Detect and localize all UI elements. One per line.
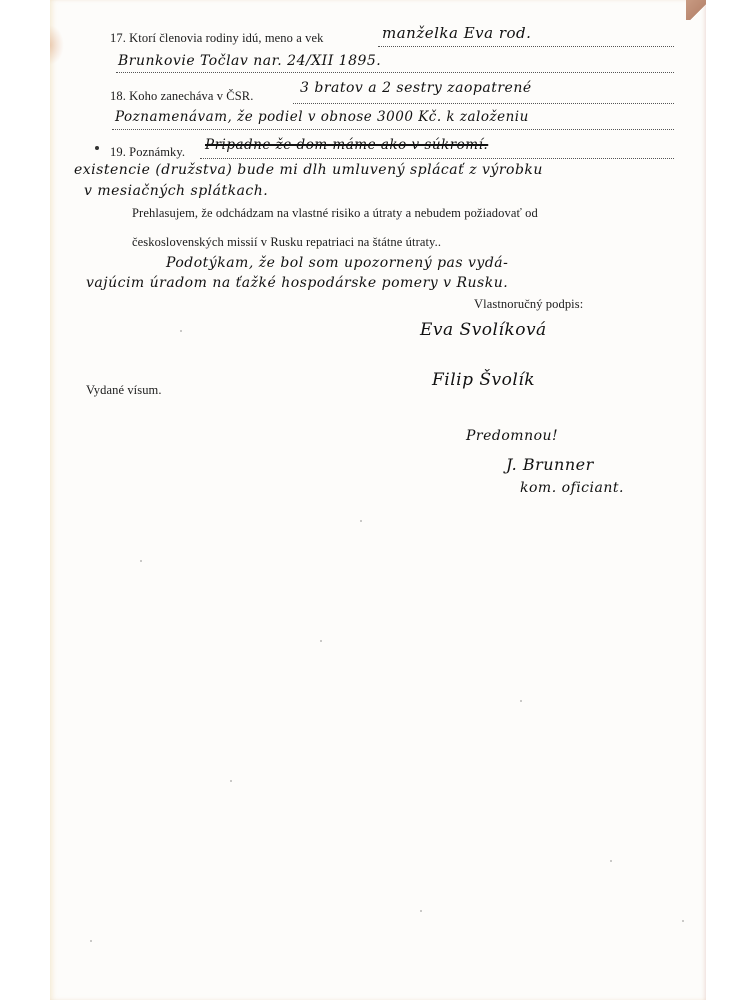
- visa-label: Vydané vísum.: [86, 383, 162, 398]
- official-signature: J. Brunner: [506, 455, 594, 474]
- item-19-answer-struck: Pripadne že dom máme ako v súkromí.: [205, 137, 488, 153]
- paper-speck: [360, 520, 362, 522]
- declaration-line2: československých missií v Rusku repatria…: [132, 235, 441, 250]
- official-note: Predomnou!: [466, 428, 558, 444]
- item-18-label: Koho zanecháva v ČSR.: [129, 89, 253, 103]
- item-19-row: 19. Poznámky.: [110, 145, 185, 160]
- item-18-row: 18. Koho zanecháva v ČSR.: [110, 89, 253, 104]
- paper-speck: [90, 940, 92, 942]
- dotted-line: [378, 46, 674, 47]
- dotted-line: [200, 158, 674, 159]
- paper-stain: [50, 25, 64, 65]
- item-19-label: Poznámky.: [129, 145, 185, 159]
- paper-speck: [230, 780, 232, 782]
- item-18-answer-line2: Poznamenávam, že podiel v obnose 3000 Kč…: [115, 109, 529, 125]
- dotted-line: [293, 103, 674, 104]
- paper-speck: [610, 860, 612, 862]
- signature-label: Vlastnoručný podpis:: [474, 297, 583, 312]
- item-19-answer-line3: v mesiačných splátkach.: [84, 183, 268, 199]
- item-18-answer-line1: 3 bratov a 2 sestry zaopatrené: [300, 80, 532, 96]
- paper-speck: [420, 910, 422, 912]
- paper-speck: [520, 700, 522, 702]
- dotted-line: [116, 72, 674, 73]
- handwritten-note-line2: vajúcim úradom na ťažké hospodárske pome…: [86, 275, 508, 291]
- item-17-answer-line1: manželka Eva rod.: [382, 24, 531, 42]
- declaration-line1: Prehlasujem, že odchádzam na vlastné ris…: [132, 206, 538, 221]
- paper-speck: [682, 920, 684, 922]
- item-17-answer-line2: Brunkovie Točlav nar. 24/XII 1895.: [118, 53, 381, 69]
- paper-speck: [180, 330, 182, 332]
- item-17-number: 17.: [110, 31, 126, 45]
- ink-dot: [95, 146, 99, 150]
- paper-speck: [140, 560, 142, 562]
- item-19-number: 19.: [110, 145, 126, 159]
- item-18-number: 18.: [110, 89, 126, 103]
- paper-speck: [320, 640, 322, 642]
- dotted-line: [112, 129, 674, 130]
- item-17-row: 17. Ktorí členovia rodiny idú, meno a ve…: [110, 31, 323, 46]
- signature-filip: Filip Švolík: [432, 370, 535, 390]
- signature-eva: Eva Svolíková: [420, 320, 547, 340]
- item-17-label: Ktorí členovia rodiny idú, meno a vek: [129, 31, 323, 45]
- item-19-answer-line2: existencie (družstva) bude mi dlh umluve…: [74, 162, 543, 178]
- torn-corner: [686, 0, 706, 20]
- handwritten-note-line1: Podotýkam, že bol som upozornený pas vyd…: [166, 255, 508, 271]
- official-title: kom. oficiant.: [520, 480, 624, 496]
